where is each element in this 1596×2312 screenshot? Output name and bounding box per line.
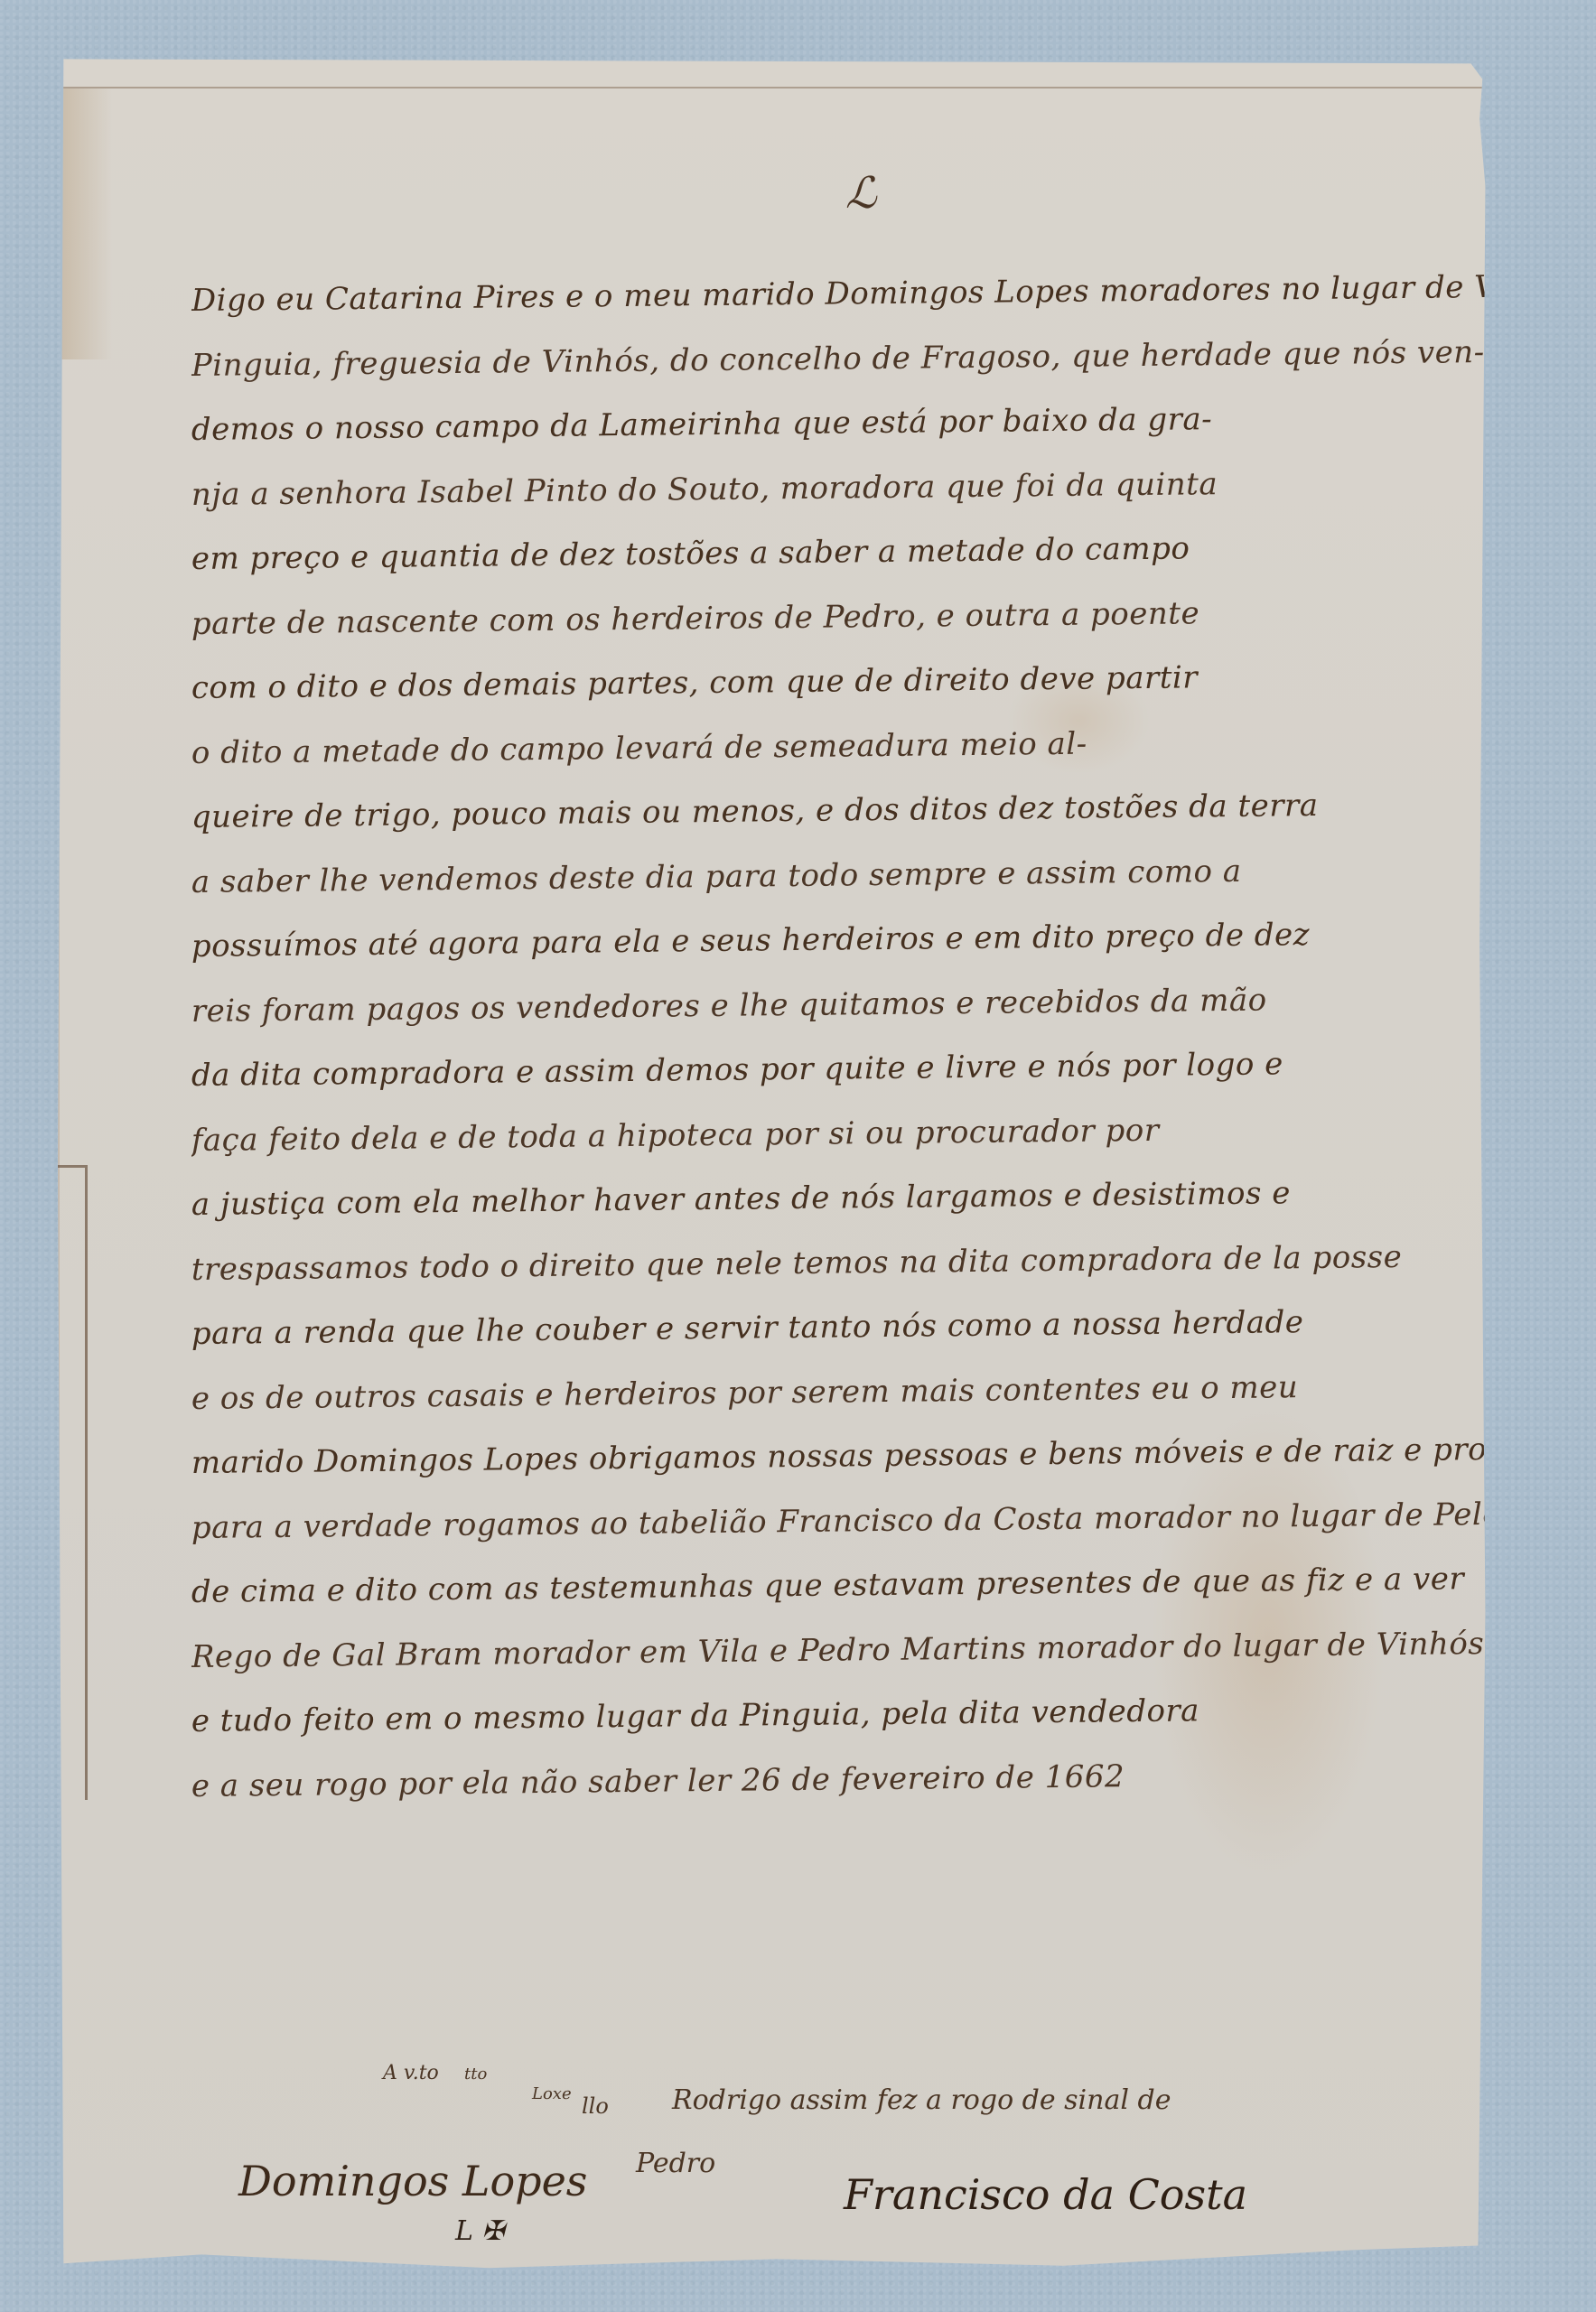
deed-body-text: Digo eu Catarina Pires e o meu marido Do… — [191, 283, 1492, 1832]
witness-attestation-line: Rodrigo assim fez a rogo de sinal de — [672, 2084, 1171, 2116]
signature-domingos-lopes: Domingos Lopes — [238, 2157, 587, 2205]
signature-notary: Francisco da Costa — [844, 2170, 1247, 2219]
water-stain-left — [58, 89, 112, 359]
marginal-note: Loxe — [532, 2084, 572, 2103]
text-line: e a seu rogo por ela não saber ler 26 de… — [191, 1754, 1493, 1832]
signature-cross-mark: L ✠ — [455, 2215, 505, 2247]
marginal-note: llo — [582, 2093, 609, 2119]
header-cross-mark: ℒ — [845, 168, 877, 219]
margin-bracket-mark — [49, 1165, 88, 1800]
signature-pedro: Pedro — [636, 2148, 715, 2179]
manuscript-sheet: ℒ Digo eu Catarina Pires e o meu marido … — [58, 52, 1494, 2281]
marginal-note: tto — [464, 2065, 487, 2084]
signature-flourish — [835, 2283, 1268, 2312]
marginal-note: A v.to — [383, 2062, 439, 2084]
top-fold-crease — [58, 87, 1494, 89]
